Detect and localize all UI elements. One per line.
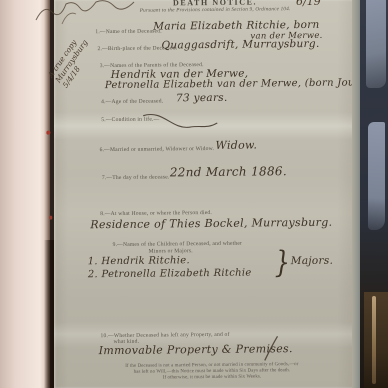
field-value-death-place: Residence of Thies Bockel, Murraysburg. (90, 216, 332, 232)
ink-scribble (34, 0, 154, 26)
child-entry-1: 1. Hendrik Ritchie. (88, 255, 190, 267)
binding-cord (372, 296, 376, 384)
red-mark (49, 216, 52, 220)
field-label-name: 1.—Name of the Deceased. (95, 28, 162, 35)
field-value-parents-2: Petronella Elizabeth van der Merwe, (bor… (105, 77, 381, 91)
death-notice-page: DEATH NOTICE. Pursuant to the Provisions… (54, 0, 362, 388)
photo-of-death-notice: DEATH NOTICE. Pursuant to the Provisions… (0, 0, 388, 388)
brace-glyph: } (275, 245, 291, 280)
field-value-decease-day: 22nd March 1886. (170, 164, 287, 179)
child-entry-2: 2. Petronella Elizabeth Ritchie (88, 268, 252, 281)
field-label-marital-status: 6.—Married or unmarried, Widower or Wido… (100, 146, 215, 153)
children-majors-note: Majors. (291, 255, 334, 267)
field-label-age: 4.—Age of the Deceased. (101, 98, 163, 105)
blank-flourish-stroke (141, 109, 219, 134)
ink-slash-stroke (264, 335, 280, 361)
field-value-age: 73 years. (176, 92, 228, 105)
field-label-children: 9.—Names of the Children of Deceased, an… (113, 241, 243, 248)
filing-number: 6/19 (296, 0, 321, 8)
field-label-decease-day: 7.—The day of the decease. (102, 174, 170, 181)
facing-page-edge (0, 0, 50, 388)
field-value-birthplace: Quaggasdrift, Murraysburg. (161, 38, 319, 52)
document-content: DEATH NOTICE. Pursuant to the Provisions… (54, 0, 366, 388)
red-mark (46, 131, 50, 135)
binding-spine-dark (364, 292, 388, 388)
torn-binding-cloth (368, 122, 385, 230)
field-label-death-place: 8.—At what House, or where the Person di… (100, 210, 212, 217)
torn-binding-cloth (366, 0, 386, 88)
field-label-children-2: Minors or Majors. (149, 248, 193, 254)
field-value-marital-status: Widow. (215, 138, 257, 151)
